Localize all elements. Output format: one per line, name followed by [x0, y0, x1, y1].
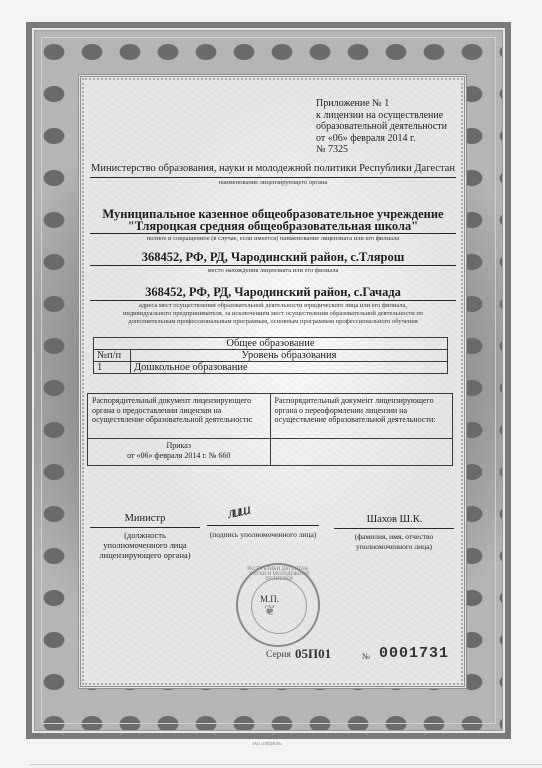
- licensing-body-underline: [90, 177, 456, 178]
- form-number-label: №: [362, 651, 370, 661]
- activity-address-caption-3: дополнительным профессиональным программ…: [90, 318, 456, 325]
- coat-of-arms-eagle-icon: ❦: [264, 603, 276, 620]
- position-caption-line: лицензирующего органа): [90, 550, 200, 560]
- table-header-row: №п/п Уровень образования: [94, 350, 448, 362]
- licensing-body-name: Министерство образования, науки и молоде…: [90, 163, 456, 174]
- issuance-document-header: Распорядительный документ лицензирующего…: [88, 394, 271, 439]
- activity-address-caption-2: индивидуального предпринимателя, за искл…: [90, 310, 456, 317]
- cell-level: Дошкольное образование: [131, 362, 448, 374]
- official-position: Министр: [90, 514, 200, 524]
- appendix-line: образовательной деятельности: [316, 121, 466, 133]
- table-row: Приказ от «06» февраля 2014 г. № 660: [88, 439, 453, 466]
- official-name: Шахов Ш.К.: [337, 515, 452, 525]
- official-seal: РЕСПУБЛИКИ ДАГЕСТАН · НАУКИ И МОЛОДЕЖНОЙ…: [236, 563, 320, 647]
- licensee-caption: полное и сокращенное (в случае, если име…: [90, 235, 456, 242]
- position-caption-line: уполномоченного лица: [90, 540, 200, 550]
- printer-mark: ЗАО «ОПЦИОН»: [252, 741, 282, 746]
- activity-address: 368452, РФ, РД, Чародинский район, с.Гач…: [90, 285, 456, 300]
- appendix-line: к лицензии на осуществление: [316, 110, 466, 122]
- administrative-documents-table: Распорядительный документ лицензирующего…: [87, 393, 453, 466]
- position-caption: (должность уполномоченного лица лицензир…: [90, 530, 200, 560]
- location-underline: [90, 265, 456, 266]
- cell-number: 1: [94, 362, 131, 374]
- series-value: 05П01: [295, 646, 331, 662]
- form-number-value: 0001731: [379, 645, 449, 662]
- order-date-number: от «06» февраля 2014 г. № 660: [92, 451, 266, 461]
- licensee-name-line2: "Тляроцкая средняя общеобразовательная ш…: [90, 219, 456, 234]
- order-type: Приказ: [92, 441, 266, 451]
- table-row: 1 Дошкольное образование: [94, 362, 448, 374]
- appendix-line: от «06» февраля 2014 г.: [316, 133, 466, 145]
- appendix-line: № 7325: [316, 144, 466, 156]
- signature-caption: (подпись уполномоченного лица): [200, 530, 326, 540]
- series-label: Серия: [266, 650, 291, 660]
- signature-underline: [207, 525, 319, 526]
- reissue-document-header: Распорядительный документ лицензирующего…: [270, 394, 453, 439]
- column-header-level: Уровень образования: [131, 350, 448, 362]
- scan-edge-line: [30, 764, 542, 765]
- seal-inner-circle: [251, 578, 307, 634]
- reissue-document-value: [270, 439, 453, 466]
- position-caption-line: (должность: [90, 530, 200, 540]
- name-caption: (фамилия, имя, отчество уполномоченного …: [334, 532, 454, 552]
- education-levels-table: Общее образование №п/п Уровень образован…: [93, 337, 448, 374]
- table-header-row: Распорядительный документ лицензирующего…: [88, 394, 453, 439]
- location-caption: место нахождения лицензиата или его фили…: [90, 267, 456, 274]
- activity-address-caption-1: адреса мест осуществления образовательно…: [90, 302, 456, 309]
- licensee-underline: [90, 233, 456, 234]
- appendix-header: Приложение № 1 к лицензии на осуществлен…: [316, 98, 466, 156]
- licensing-body-caption: наименование лицензирующего органа: [90, 179, 456, 186]
- table-section-row: Общее образование: [94, 338, 448, 350]
- issuance-document-value: Приказ от «06» февраля 2014 г. № 660: [88, 439, 271, 466]
- name-caption-line: уполномоченного лица): [334, 542, 454, 552]
- position-underline: [90, 527, 200, 528]
- section-title: Общее образование: [94, 338, 448, 350]
- column-header-number: №п/п: [94, 350, 131, 362]
- licensee-location: 368452, РФ, РД, Чародинский район, с.Тля…: [90, 250, 456, 265]
- activity-address-underline: [90, 300, 456, 301]
- appendix-line: Приложение № 1: [316, 98, 466, 110]
- name-caption-line: (фамилия, имя, отчество: [334, 532, 454, 542]
- name-underline: [334, 528, 454, 529]
